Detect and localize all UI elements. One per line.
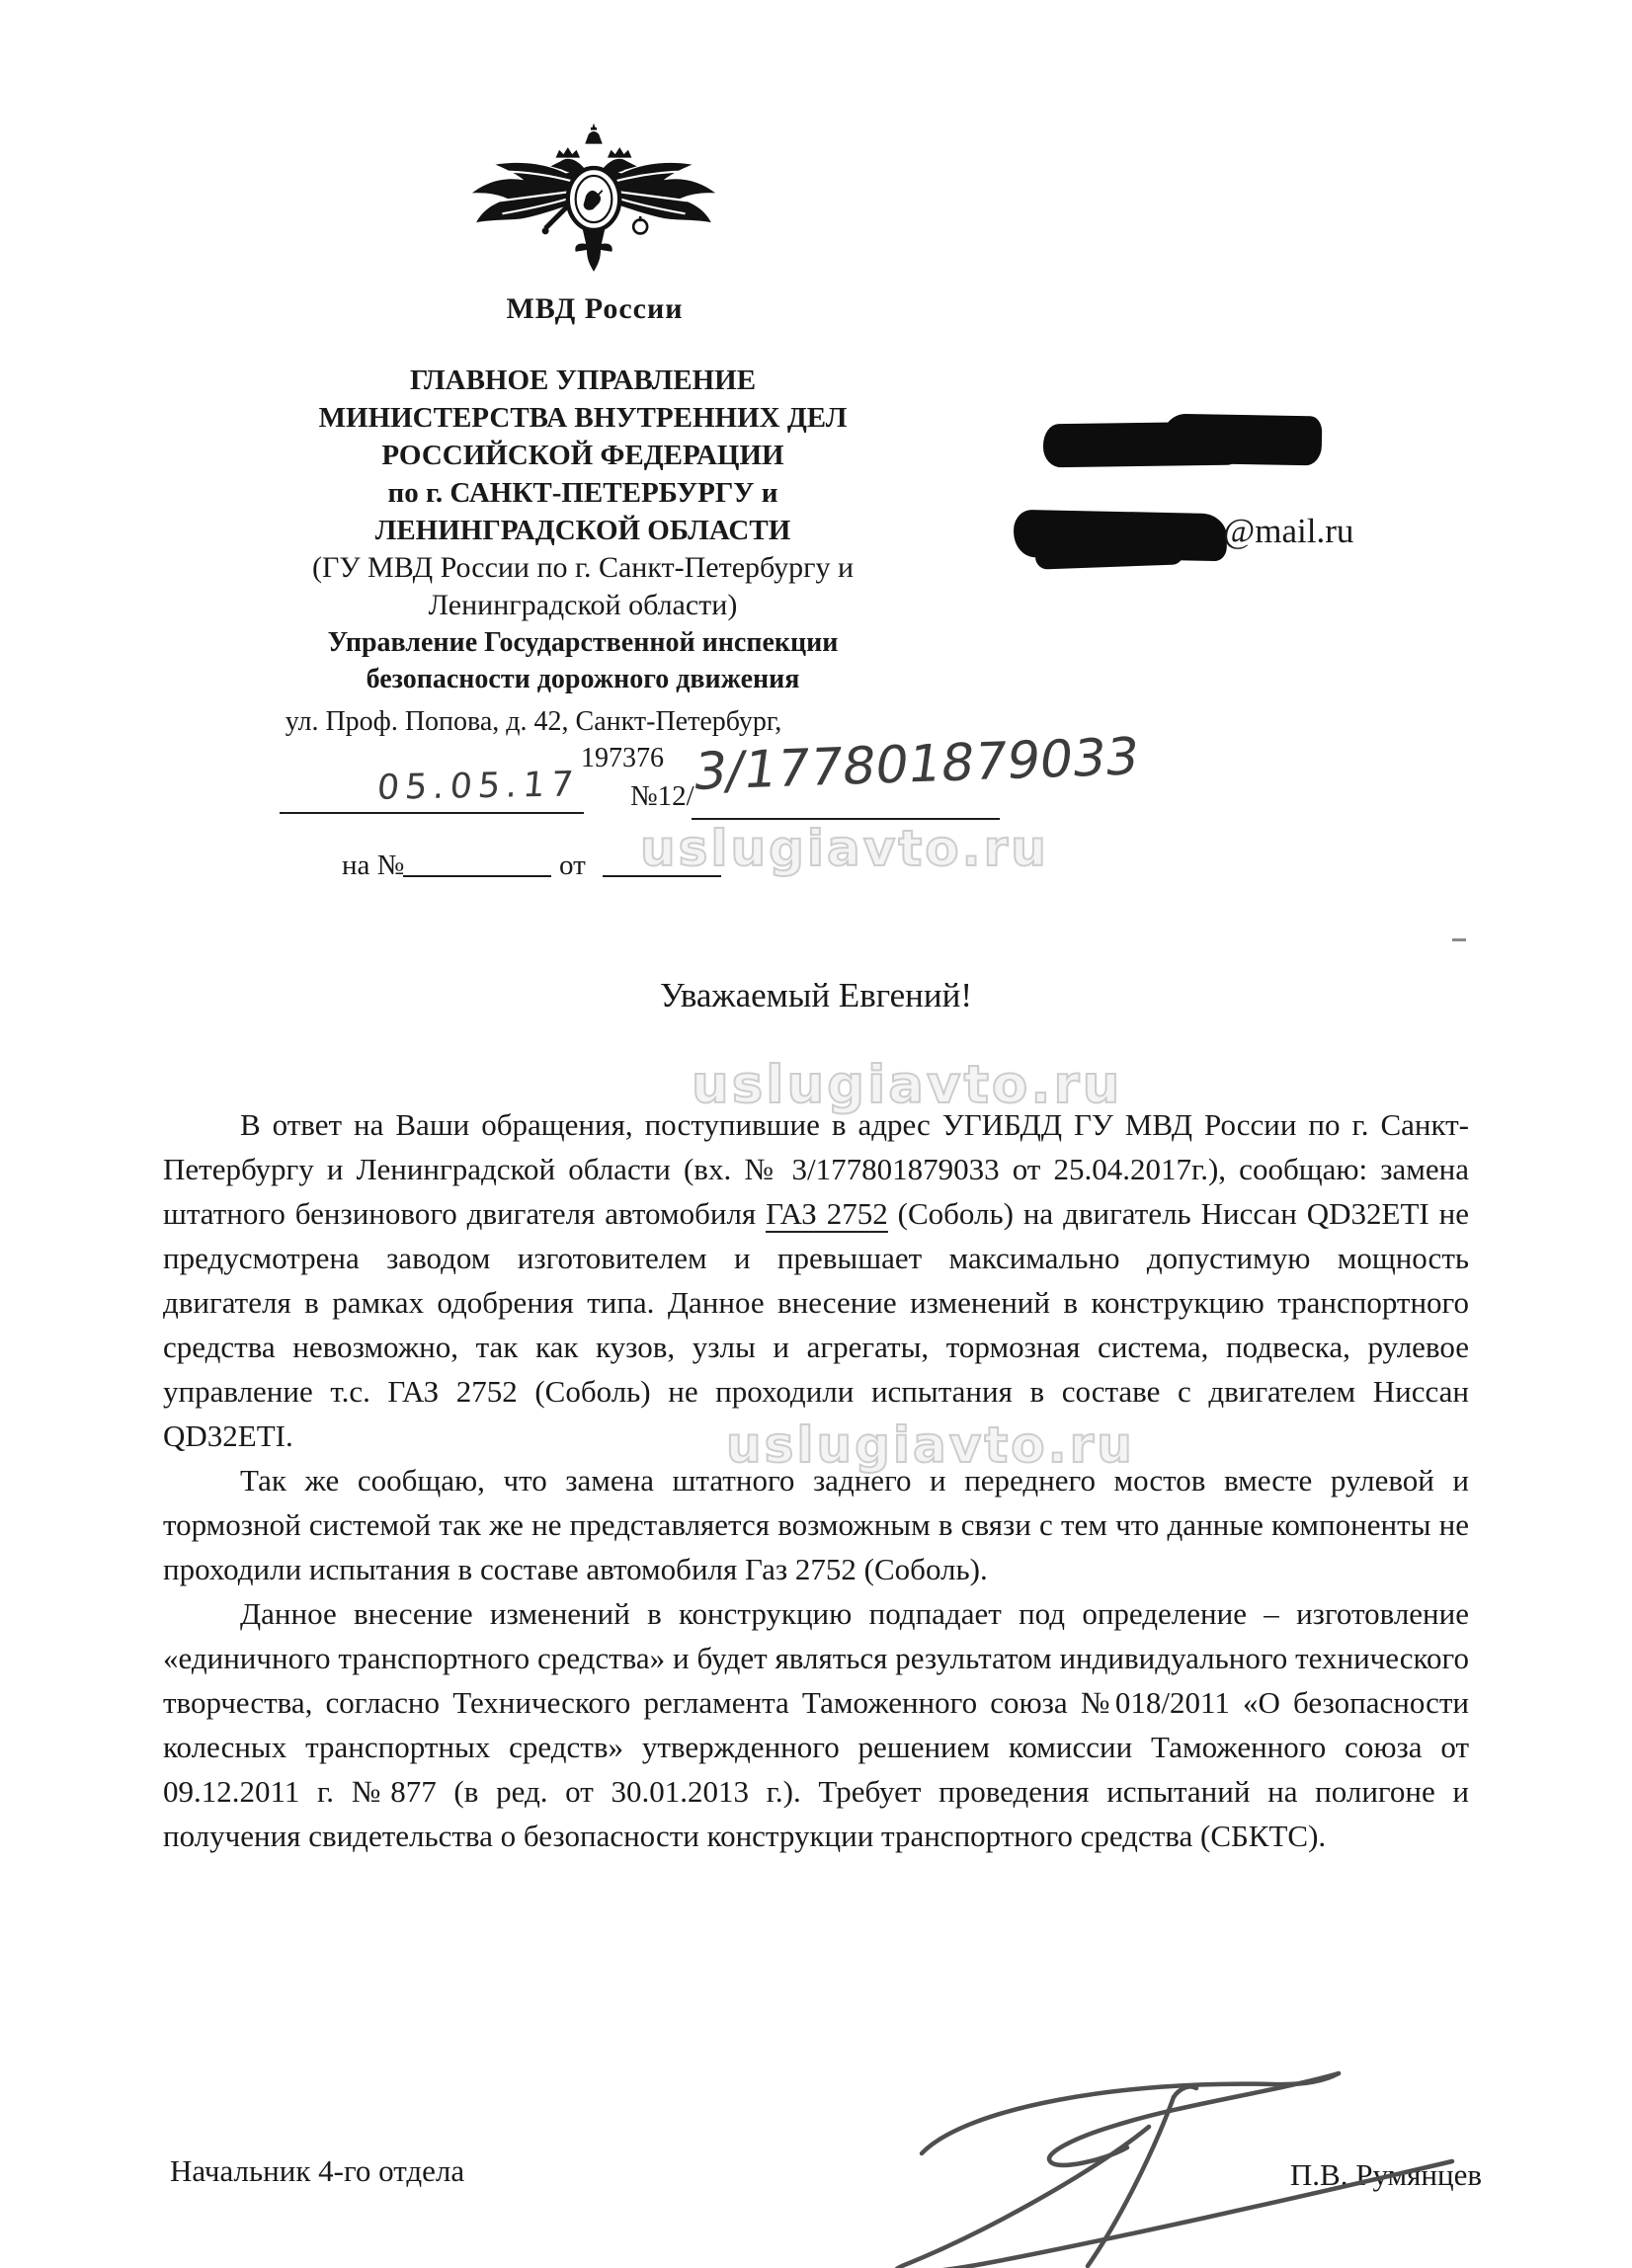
paragraph-3: Данное внесение изменений в конструкцию … (163, 1591, 1469, 1858)
letterhead-line: по г. САНКТ-ПЕТЕРБУРГУ и (217, 474, 948, 512)
double-headed-eagle-icon (464, 115, 723, 290)
letter-body: В ответ на Ваши обращения, поступившие в… (163, 1102, 1469, 1858)
org-short-name: МВД России (427, 292, 763, 326)
sender-address: ул. Проф. Попова, д. 42, Санкт-Петербург… (217, 705, 850, 739)
paragraph-1-underlined-text: ГАЗ 2752 (766, 1196, 888, 1233)
greeting: Уважаемый Евгений! (0, 976, 1632, 1015)
letterhead-line: ГЛАВНОЕ УПРАВЛЕНИЕ (217, 362, 948, 399)
letterhead-line: (ГУ МВД России по г. Санкт-Петербургу и (217, 549, 948, 587)
number-underline (692, 818, 1000, 820)
paragraph-1: В ответ на Ваши обращения, поступившие в… (163, 1102, 1469, 1458)
redaction-bar (1035, 538, 1184, 569)
division-line: Управление Государственной инспекции (217, 624, 948, 661)
letterhead: ГЛАВНОЕ УПРАВЛЕНИЕ МИНИСТЕРСТВА ВНУТРЕНН… (217, 362, 948, 697)
watermark: uslugiavto.ru (640, 820, 1049, 877)
date-underline (280, 812, 584, 814)
paragraph-2: Так же сообщаю, что замена штатного задн… (163, 1458, 1469, 1591)
letterhead-line: ЛЕНИНГРАДСКОЙ ОБЛАСТИ (217, 512, 948, 549)
scan-artifact (1452, 938, 1466, 941)
handwritten-date: 05.05.17 (375, 765, 597, 808)
outgoing-number-prefix: №12/ (630, 780, 694, 813)
recipient-email-domain: @mail.ru (1223, 512, 1353, 551)
redaction-bar (1162, 414, 1323, 466)
signer-position-title: Начальник 4-го отдела (170, 2153, 464, 2189)
reply-number-label: на № (342, 850, 404, 882)
reply-date-underline (603, 875, 721, 877)
handwritten-signature (808, 2063, 1484, 2268)
letterhead-line: РОССИЙСКОЙ ФЕДЕРАЦИИ (217, 437, 948, 474)
letterhead-line: МИНИСТЕРСТВА ВНУТРЕННИХ ДЕЛ (217, 399, 948, 437)
reply-number-underline (403, 875, 551, 877)
paragraph-1-text: (Соболь) на двигатель Ниссан QD32ETI не … (163, 1196, 1469, 1453)
reply-from-label: от (559, 850, 586, 882)
division-line: безопасности дорожного движения (217, 661, 948, 697)
scanned-letter-page: МВД России ГЛАВНОЕ УПРАВЛЕНИЕ МИНИСТЕРСТ… (0, 0, 1632, 2268)
letterhead-line: Ленинградской области) (217, 587, 948, 624)
